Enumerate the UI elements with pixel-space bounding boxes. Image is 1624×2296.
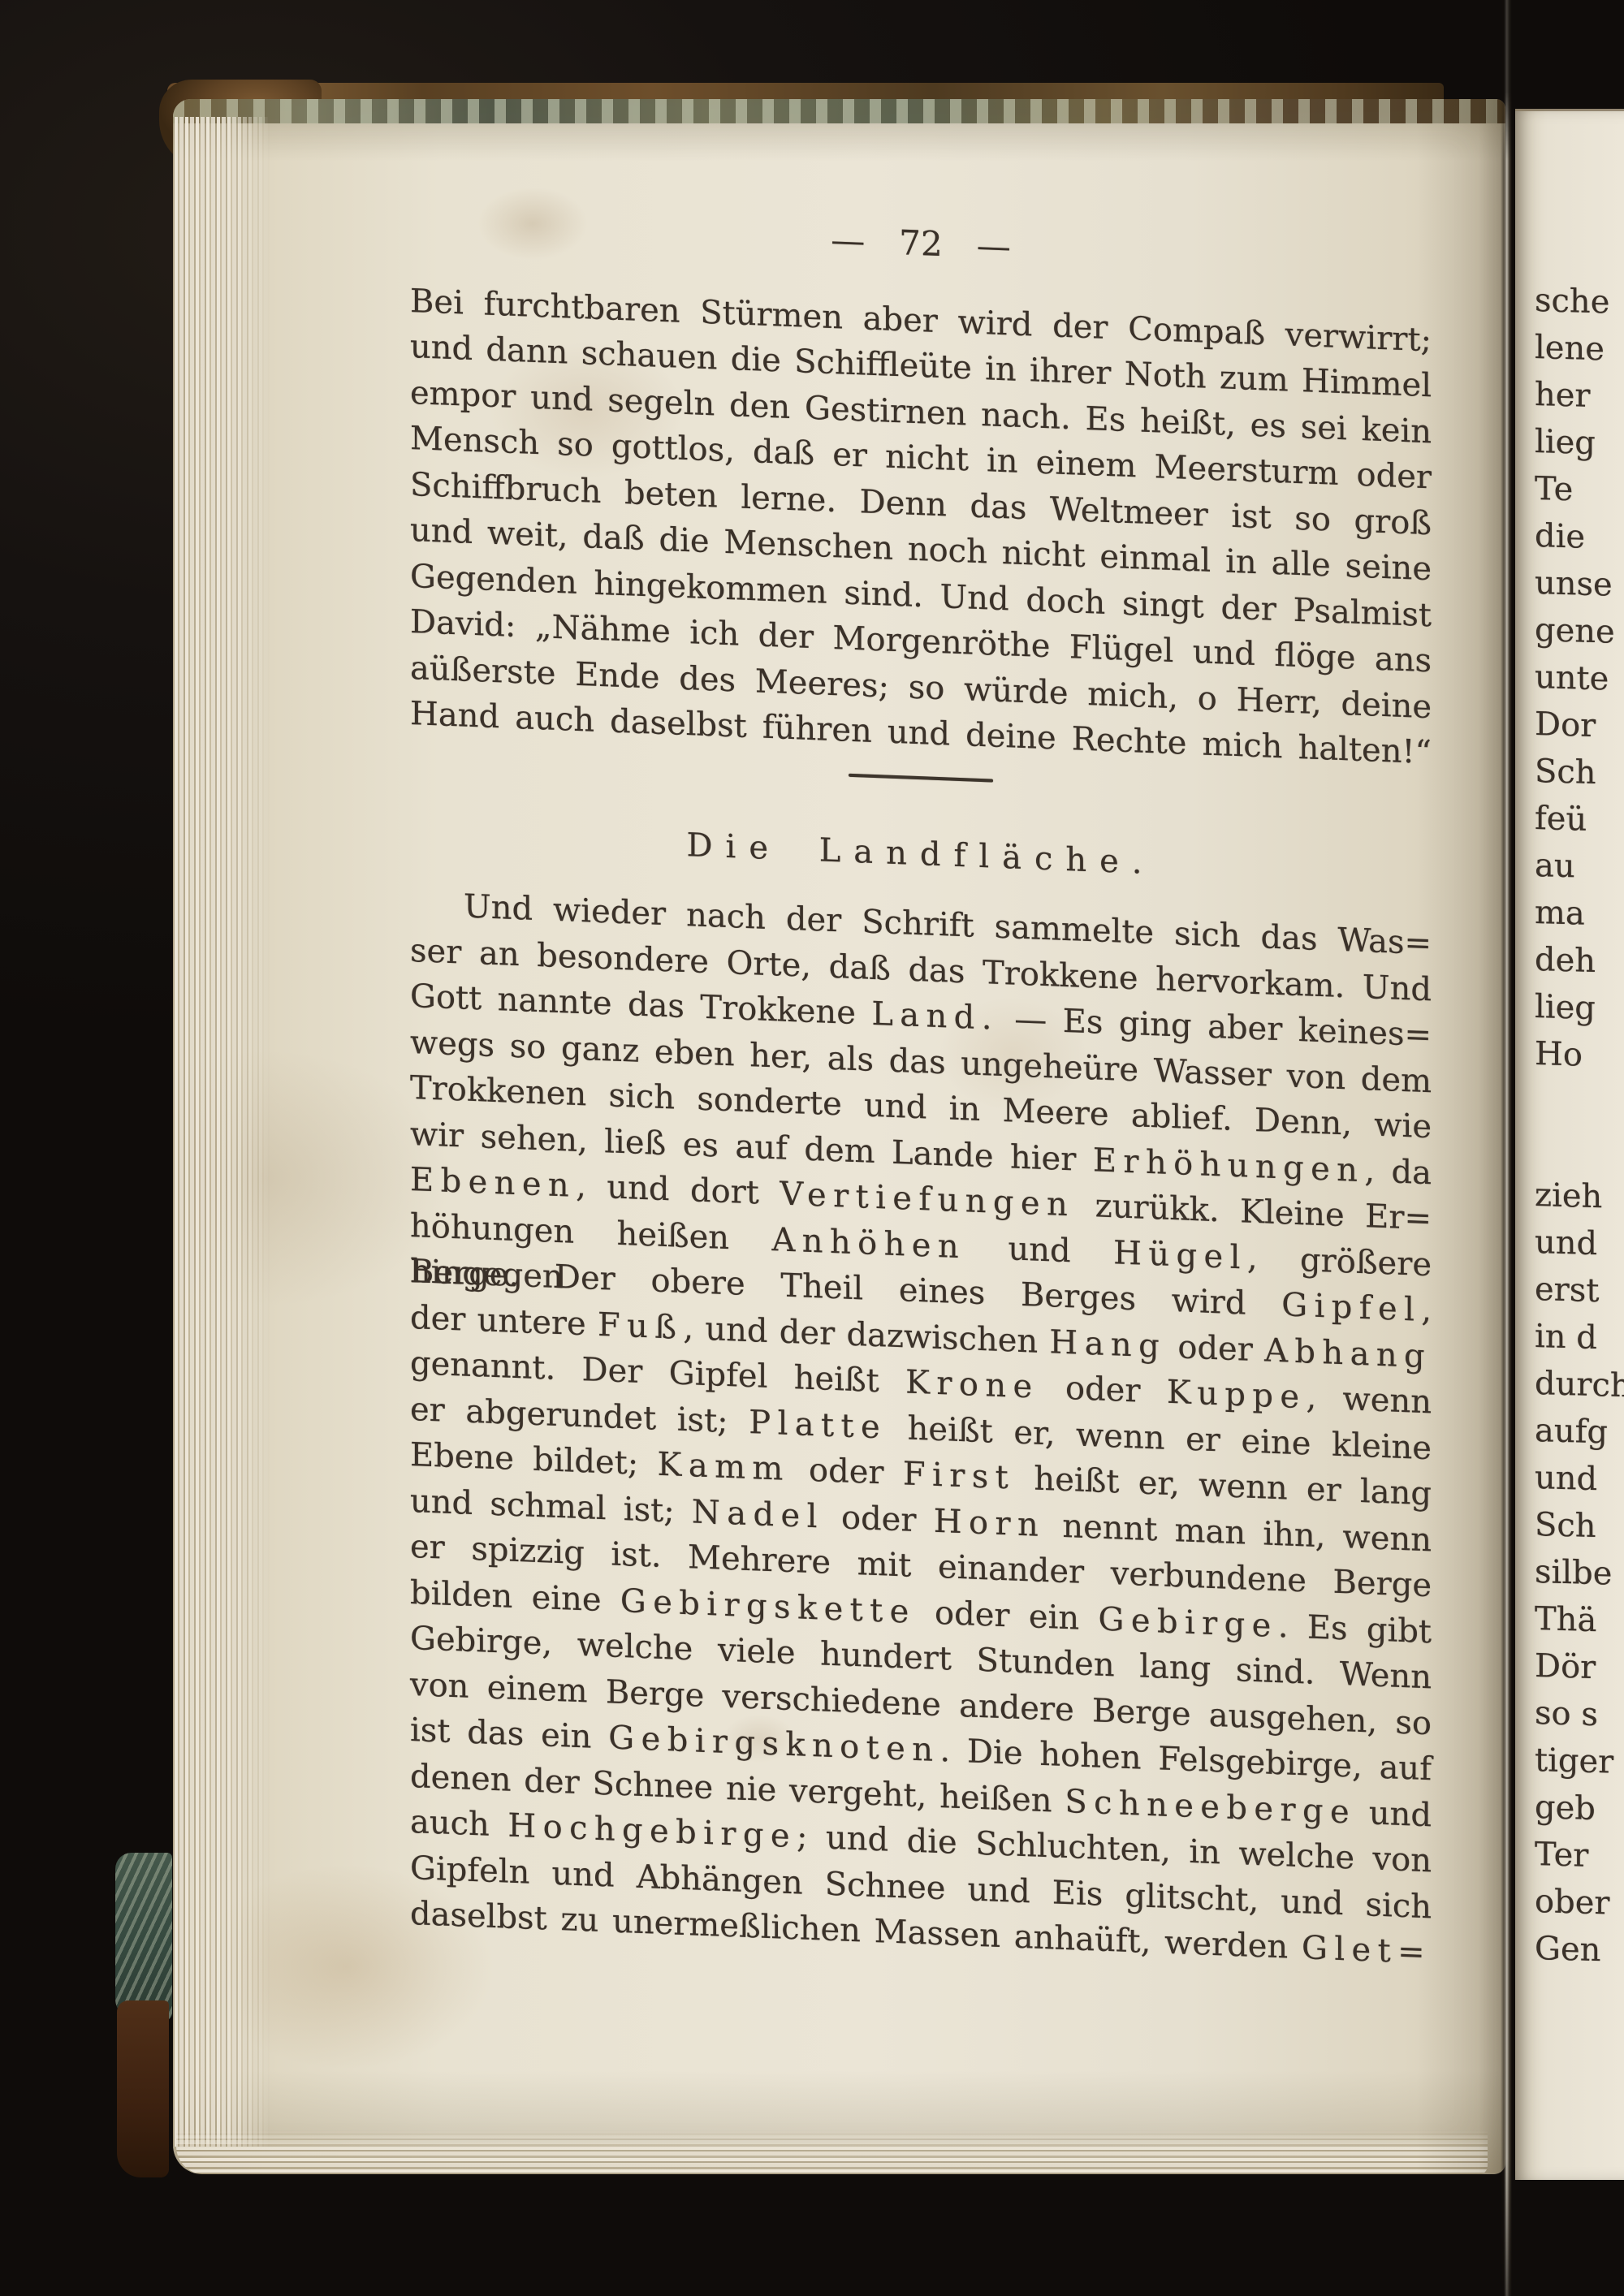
text-line-fragment: durch xyxy=(1535,1360,1624,1412)
right-page-text-fragments: scheleneherliegTedieunsegeneunteDorSchfe… xyxy=(1535,277,1624,1977)
text-line-fragment: feü xyxy=(1535,795,1624,847)
text-line-fragment: die xyxy=(1535,512,1624,564)
text-line-fragment: und xyxy=(1535,1219,1624,1271)
text-run: auch xyxy=(410,1803,508,1845)
folio-number: 72 xyxy=(899,220,942,268)
right-page-partial: scheleneherliegTedieunsegeneunteDorSchfe… xyxy=(1515,109,1624,2180)
leather-cover-edge-brown xyxy=(117,2000,169,2177)
text-line-fragment xyxy=(1535,1124,1624,1176)
folio-dash-left: — xyxy=(831,218,865,265)
emphasized-term: Kamm xyxy=(658,1446,790,1488)
text-run: und xyxy=(1356,1793,1432,1834)
text-line-fragment: Ter xyxy=(1535,1831,1624,1883)
text-line-fragment: deh xyxy=(1535,936,1624,988)
text-line-fragment: Sch xyxy=(1535,1501,1624,1553)
text-run: oder xyxy=(1039,1369,1167,1411)
emphasized-term: Erhöhungen xyxy=(1093,1142,1365,1189)
text-run: bilden eine xyxy=(410,1574,620,1620)
emphasized-term: Platte xyxy=(749,1404,887,1447)
text-line-fragment: so s xyxy=(1535,1690,1624,1741)
text-run: , da xyxy=(1364,1152,1432,1192)
emphasized-term: Hügel xyxy=(1113,1234,1247,1276)
text-line-fragment: Sch xyxy=(1535,748,1624,800)
emphasized-term: Hochgebirge xyxy=(508,1807,797,1856)
emphasized-term: Schneeberge xyxy=(1065,1782,1356,1831)
text-run: oder ein xyxy=(916,1593,1099,1638)
text-run: ist das ein xyxy=(410,1711,608,1756)
page-number-header: — 72 — xyxy=(410,201,1432,287)
text-run: der untere xyxy=(410,1299,598,1344)
text-line-fragment: Gen xyxy=(1535,1925,1624,1977)
text-run: oder xyxy=(824,1498,934,1539)
text-line-fragment: tiger xyxy=(1535,1737,1624,1789)
text-line-fragment: zieh xyxy=(1535,1172,1624,1224)
book-scan-photo: { "colors":{"background_black":"#141110"… xyxy=(0,0,1624,2296)
printed-text-area: — 72 — Bei furchtbaren Stürmen aber wird… xyxy=(410,201,1432,1976)
paragraph-die-landflaeche: Und wieder nach der Schrift sammelte sic… xyxy=(410,882,1432,1976)
emphasized-term: Krone xyxy=(905,1363,1039,1405)
emphasized-term: Horn xyxy=(934,1502,1045,1543)
page-stack-left-edge xyxy=(173,117,270,2147)
left-page: — 72 — Bei furchtbaren Stürmen aber wird… xyxy=(173,99,1505,2174)
folio-dash-right: — xyxy=(977,223,1011,270)
text-line-fragment: ma xyxy=(1535,889,1624,941)
text-line-fragment: Thä xyxy=(1535,1595,1624,1647)
emphasized-term: Abhang xyxy=(1264,1331,1432,1375)
text-line-fragment: Ho xyxy=(1535,1030,1624,1082)
text-line-fragment: ober xyxy=(1535,1878,1624,1930)
text-line-fragment xyxy=(1535,1077,1624,1129)
section-divider-rule xyxy=(849,773,993,782)
emphasized-term: Anhöhen xyxy=(772,1221,966,1266)
text-line-fragment: lieg xyxy=(1535,983,1624,1035)
text-line-fragment: gene xyxy=(1535,606,1624,658)
text-line-fragment: unte xyxy=(1535,654,1624,706)
emphasized-term: Gipfel xyxy=(1281,1286,1421,1329)
emphasized-term: Land. xyxy=(871,995,999,1038)
emphasized-term: Hang xyxy=(1049,1323,1166,1366)
emphasized-term: Gebirge xyxy=(1099,1600,1278,1644)
emphasized-term: Ebenen xyxy=(410,1161,576,1205)
text-line-fragment: Te xyxy=(1535,465,1624,517)
text-run: und schmal ist; xyxy=(410,1482,692,1530)
text-run: oder xyxy=(790,1451,903,1492)
text-line-fragment: Dor xyxy=(1535,701,1624,753)
emphasized-term: Nadel xyxy=(692,1493,824,1535)
section-heading: Die Landfläche. xyxy=(410,812,1432,897)
text-run: oder xyxy=(1166,1327,1264,1369)
text-run: und xyxy=(965,1228,1113,1271)
text-line-fragment: in d xyxy=(1535,1313,1624,1365)
book-gutter xyxy=(1501,0,1512,2296)
text-line-fragment: geb xyxy=(1535,1784,1624,1836)
text-run: zurükk. Kleine Er= xyxy=(1074,1186,1432,1237)
text-run: , und dort xyxy=(576,1167,780,1213)
text-run: , xyxy=(1421,1292,1432,1329)
text-line-fragment: silbe xyxy=(1535,1548,1624,1600)
page-block-top-edge xyxy=(173,99,1505,123)
text-line-fragment: lieg xyxy=(1535,418,1624,470)
marbled-cover-edge-green xyxy=(115,1853,172,2020)
text-run: . Es gibt xyxy=(1278,1608,1432,1651)
text-line-fragment: erst xyxy=(1535,1266,1624,1318)
emphasized-term: Gebirgskette xyxy=(620,1582,916,1630)
page-stack-bottom-edge xyxy=(176,2130,1488,2174)
emphasized-term: First xyxy=(903,1455,1015,1496)
text-run: , wenn xyxy=(1306,1379,1432,1421)
text-line-fragment: lene xyxy=(1535,324,1624,376)
emphasized-term: Gebirgsknoten xyxy=(608,1719,939,1769)
emphasized-term: Glet= xyxy=(1302,1929,1432,1971)
text-line-fragment: her xyxy=(1535,371,1624,423)
text-line-fragment: sche xyxy=(1535,277,1624,329)
emphasized-term: Kuppe xyxy=(1167,1374,1307,1417)
text-line-fragment: au xyxy=(1535,842,1624,894)
emphasized-term: Fuß xyxy=(598,1306,683,1346)
text-run: Ebene bildet; xyxy=(410,1436,658,1483)
text-line-fragment: und xyxy=(1535,1454,1624,1506)
emphasized-term: Vertiefungen xyxy=(780,1175,1074,1224)
text-line-fragment: unse xyxy=(1535,559,1624,611)
text-line-fragment: Dör xyxy=(1535,1642,1624,1694)
text-line-fragment: aufg xyxy=(1535,1407,1624,1459)
text-run: er abgerundet ist; xyxy=(410,1391,749,1441)
paragraph-sea-navigation: Bei furchtbaren Stürmen aber wird der Co… xyxy=(410,278,1432,776)
